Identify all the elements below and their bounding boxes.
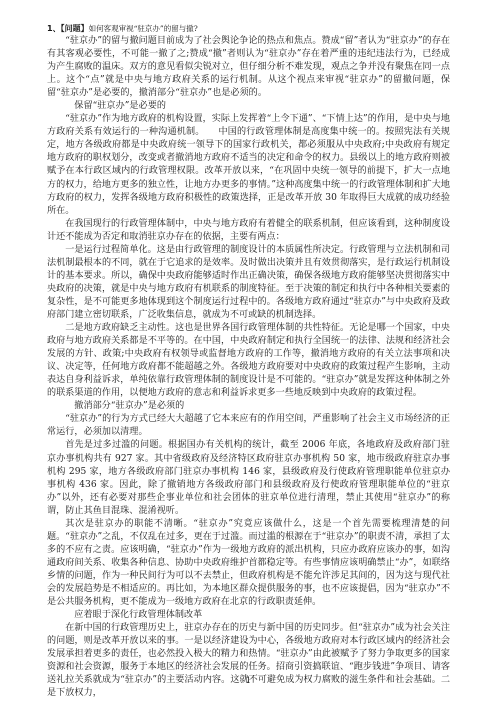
paragraph-keep-role: “驻京办”作为地方政府的机构设置，实际上发挥着“上令下通”、“下情上达”的作用，… xyxy=(47,113,450,217)
paragraph-intro: “驻京办”的留与撤问题目前成为了社会舆论争论的热点和焦点。赞成“留”者认为“驻京… xyxy=(47,35,450,100)
section-heading-remove: 撤消部分“驻京办”是必须的 xyxy=(47,400,450,413)
paragraph-reform: 在新中国的行政管理历史上，驻京办存在的历史与新中国的历史同步。但“驻京办”成为社… xyxy=(47,622,450,700)
question-text: 如何客观审视“驻京办”的留与撤? xyxy=(89,24,198,33)
paragraph-point-two: 二是地方政府缺乏主动性。这也是世界各国行政管理体制的共性特征。无论是哪一个国家，… xyxy=(47,322,450,400)
section-heading-reform: 应着眼于深化行政管理体制改革 xyxy=(47,609,450,622)
paragraph-keep-mechanism: 在我国现行的行政管理体制中，中央与地方政府有着健全的联系机制，但应该看到，这种制… xyxy=(47,218,450,244)
question-heading: 1、【问题】如何客观审视“驻京办”的留与撤? xyxy=(47,23,450,34)
paragraph-remove-intro: “驻京办”的行为方式已经大大超越了它本来应有的作用空间，严重影响了社会主义市场经… xyxy=(47,413,450,439)
paragraph-unclear-duties: 其次是驻京办的职能不清晰。“驻京办”究竟应该做什么，这是一个首先需要梳理清楚的问… xyxy=(47,518,450,609)
paragraph-point-one: 一是运行过程简单化。这是由行政管理的制度设计的本质属性所决定。行政管理与立法机制… xyxy=(47,244,450,322)
question-tag: 【问题】 xyxy=(61,24,89,33)
page-number: 1 xyxy=(246,676,251,685)
paragraph-too-many: 首先是过多过滥的问题。根据国办有关机构的统计，截至 2006 年底，各地政府及政… xyxy=(47,439,450,517)
document-page: 1、【问题】如何客观审视“驻京办”的留与撤? “驻京办”的留与撤问题目前成为了社… xyxy=(47,23,450,700)
section-heading-keep: 保留“驻京办”是必要的 xyxy=(47,100,450,113)
question-number: 1、 xyxy=(47,24,61,33)
